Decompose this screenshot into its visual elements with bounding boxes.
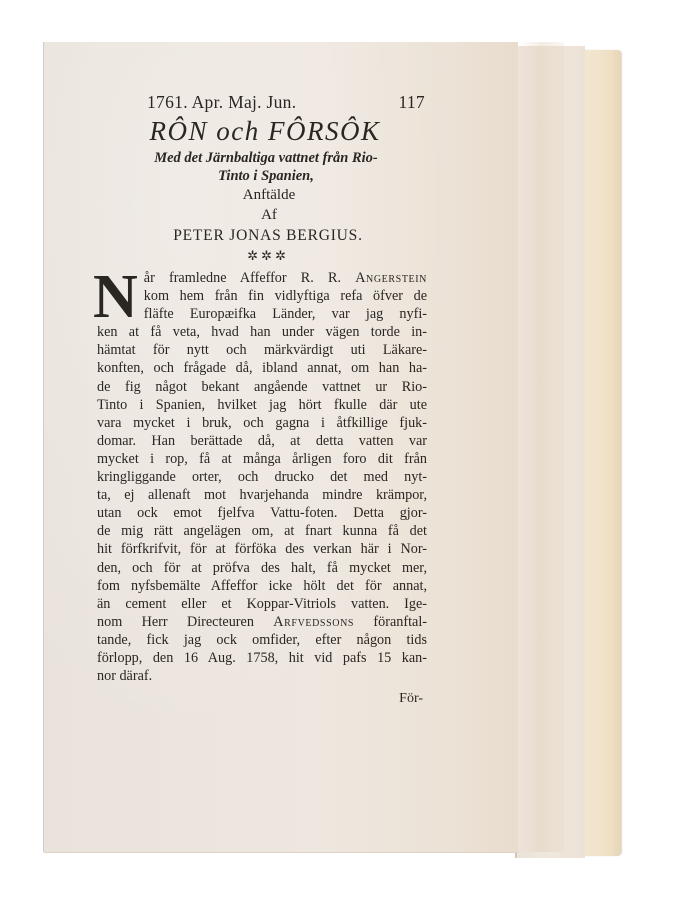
page-fold-shadow <box>519 42 564 852</box>
body-line: år framledne Affeffor R. R. Angerstein <box>97 269 427 287</box>
anstalde-line: Anftälde <box>97 185 427 205</box>
body-line: utan ock emot fjelfva Vattu-foten. Detta… <box>97 504 427 522</box>
body-line: mycket i rop, få at många årligen foro d… <box>97 450 427 468</box>
body-line: förlopp, den 16 Aug. 1758, hit vid pafs … <box>97 649 427 667</box>
body-line: de mig rätt angelägen om, at fnart kunna… <box>97 522 427 540</box>
body-line: ta, ej allenaft mot hvarjehanda mindre k… <box>97 486 427 504</box>
body-line: nor däraf. <box>97 667 427 685</box>
body-line: hämtat för nytt och märkvärdigt uti Läka… <box>97 341 427 359</box>
af-line: Af <box>97 205 427 225</box>
body-line: de fig något bekant angående vattnet ur … <box>97 378 427 396</box>
catchword: För- <box>97 691 427 707</box>
body-line: ken at få veta, hvad han under vägen tor… <box>97 323 427 341</box>
running-head-date: 1761. Apr. Maj. Jun. <box>147 92 296 113</box>
body-text: N år framledne Affeffor R. R. Angerstein… <box>97 269 427 685</box>
body-line: fom nyfsbemälte Affeffor icke hölt det f… <box>97 577 427 595</box>
page-text-block: 1761. Apr. Maj. Jun. 117 RÔN och FÔRSÔK … <box>97 92 427 707</box>
body-line: konften, och frågade då, ibland annat, o… <box>97 359 427 377</box>
body-line: Tinto i Spanien, hvilket jag hört fkulle… <box>97 396 427 414</box>
author-name: PETER JONAS BERGIUS. <box>97 225 427 247</box>
body-line: hit förfkrifvit, för at förföka des verk… <box>97 540 427 558</box>
subtitle-line: Tinto i Spanien, <box>105 167 427 185</box>
body-line: tande, fick jag ock omfider, efter någon… <box>97 631 427 649</box>
article-subtitle: Med det Järnbaltiga vattnet från Rio- Ti… <box>97 149 427 185</box>
running-head: 1761. Apr. Maj. Jun. 117 <box>97 92 427 113</box>
article-title: RÔN och FÔRSÔK <box>97 116 427 147</box>
ornament-stars-icon: ✲✲✲ <box>97 247 427 265</box>
body-line: nom Herr Directeuren Arfvedssons föranft… <box>97 613 427 631</box>
drop-cap: N <box>93 271 138 323</box>
body-line: än cement eller et Koppar-Vitriols vatte… <box>97 595 427 613</box>
body-line: den, och för at pröfva des halt, få myck… <box>97 559 427 577</box>
body-line: vara mycket i bruk, och gagna i åtfkilli… <box>97 414 427 432</box>
subtitle-line: Med det Järnbaltiga vattnet från Rio- <box>105 149 427 167</box>
page-number: 117 <box>398 92 425 113</box>
body-line: domar. Han berättade då, at detta vatten… <box>97 432 427 450</box>
body-line: kringliggande orter, och drucko det med … <box>97 468 427 486</box>
body-line: kom hem från fin vidlyftiga refa öfver d… <box>97 287 427 305</box>
body-line: fläfte Europæifka Länder, var jag nyfi- <box>97 305 427 323</box>
